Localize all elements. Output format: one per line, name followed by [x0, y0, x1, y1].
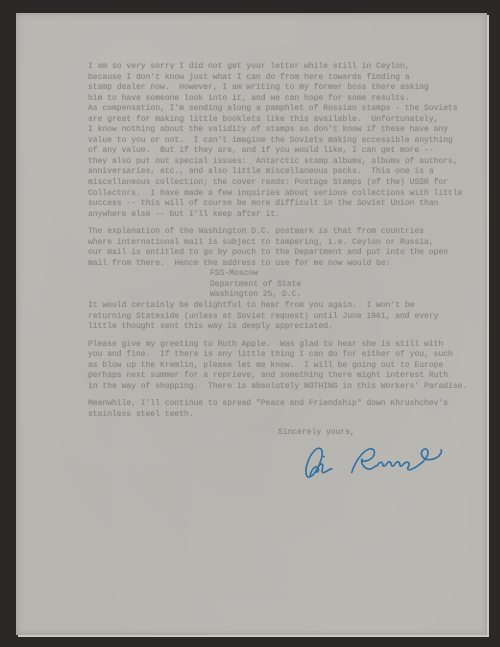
- closing-salutation: Sincerely yours,: [88, 428, 480, 439]
- letter-line: Collectors. I have made a few inquiries …: [88, 189, 480, 200]
- mailing-address-block: FSS-Moscow Department of State Washingto…: [88, 269, 480, 301]
- letter-line: you and fine. If there is any little thi…: [88, 350, 480, 361]
- letter-line: as blow up the Kremlin, please let me kn…: [88, 361, 480, 372]
- address-line: FSS-Moscow: [88, 269, 480, 280]
- letter-line: stainless steel teeth.: [88, 410, 480, 421]
- letter-paragraph-2: The explanation of the Washington D.C. p…: [88, 227, 480, 332]
- address-line: Washington 25, D.C.: [88, 290, 480, 301]
- letter-line: I am so very sorry I did not get your le…: [88, 62, 480, 73]
- letter-line: are great for making little booklets lik…: [88, 115, 480, 126]
- letter-line: miscellaneous collection; the cover read…: [88, 178, 480, 189]
- letter-paragraph-1: I am so very sorry I did not get your le…: [88, 62, 480, 220]
- letter-line: perhaps next summer for a reprieve, and …: [88, 371, 480, 382]
- address-line: Department of State: [88, 280, 480, 291]
- letter-line: anywhere else -- but I'll keep after it.: [88, 210, 480, 221]
- letter-line: success -- this will of course be more d…: [88, 199, 480, 210]
- letter-line: anniversaries, etc., and also little mis…: [88, 167, 480, 178]
- letter-line: our mail is entitled to go by pouch to t…: [88, 248, 480, 259]
- letter-paragraph-4: Meanwhile, I'll continue to spread "Peac…: [88, 399, 480, 420]
- letter-line: As compensation, I'm sending along a pam…: [88, 104, 480, 115]
- letter-line: stamp dealer now. However, I am writing …: [88, 83, 480, 94]
- letter-line: Meanwhile, I'll continue to spread "Peac…: [88, 399, 480, 410]
- letter-line: It would certainly be delightful to hear…: [88, 301, 480, 312]
- letter-line: they also put out special issues: Antarc…: [88, 157, 480, 168]
- letter-body: I am so very sorry I did not get your le…: [88, 62, 480, 489]
- letter-paragraph-3: Please give my greeting to Ruth Apple. W…: [88, 340, 480, 393]
- letter-line: value to you or not. I can't imagine the…: [88, 136, 480, 147]
- letter-line: him to have someone look into it, and we…: [88, 94, 480, 105]
- letter-line: I know nothing about the validity of sta…: [88, 125, 480, 136]
- signature-handwriting-icon: [300, 439, 460, 487]
- letter-page: I am so very sorry I did not get your le…: [16, 13, 487, 635]
- letter-line: The explanation of the Washington D.C. p…: [88, 227, 480, 238]
- letter-line: returning Stateside (unless at Soviet re…: [88, 312, 480, 323]
- signature: [88, 439, 480, 489]
- letter-line: because I don't know just what I can do …: [88, 73, 480, 84]
- letter-line: in the way of shopping. There is absolut…: [88, 382, 480, 393]
- letter-line: little thought sent this way is deeply a…: [88, 322, 480, 333]
- letter-line: where international mail is subject to t…: [88, 238, 480, 249]
- letter-line: of any value. But if they are, and if yo…: [88, 146, 480, 157]
- letter-line: mail from there. Hence the address to us…: [88, 259, 480, 270]
- letter-line: Please give my greeting to Ruth Apple. W…: [88, 340, 480, 351]
